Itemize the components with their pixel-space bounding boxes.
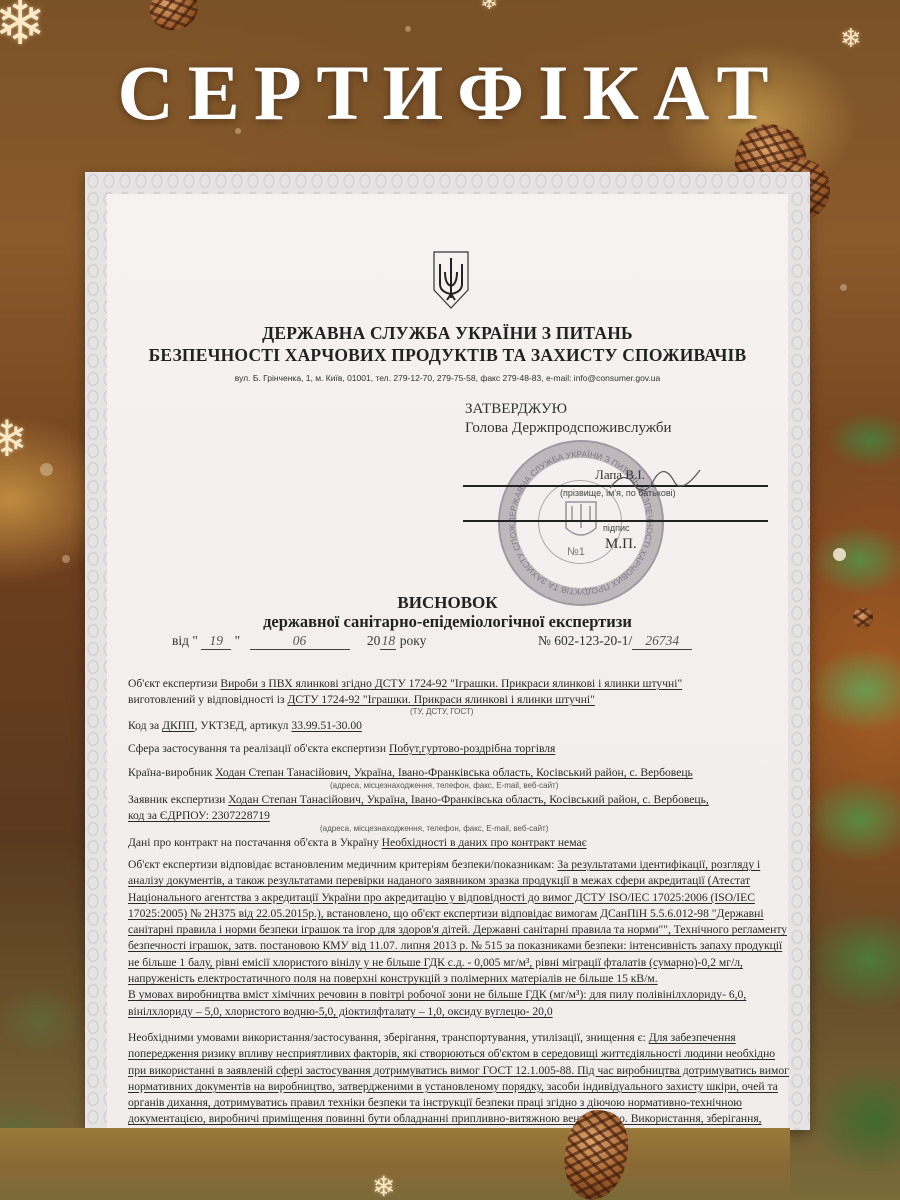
date-month: 06 [250,633,350,650]
country-row: Країна-виробник Ходан Степан Танасійович… [128,765,793,781]
bokeh-dot [40,463,53,476]
bokeh-dot [840,284,847,291]
compliance-text: За результатами ідентифікації, розгляду … [128,858,787,985]
agency-address: вул. Б. Грінченка, 1, м. Київ, 01001, те… [85,373,810,383]
country-caption: (адреса, місцезнаходження, телефон, факс… [330,781,558,790]
sphere-label: Сфера застосування та реалізації об'єкта… [128,742,386,755]
year-word: року [400,633,427,648]
contract-row: Дані про контракт на постачання об'єкта … [128,835,793,851]
applicant-caption: (адреса, місцезнаходження, телефон, факс… [320,824,548,833]
snowflake-icon: ❄ [0,410,28,468]
bokeh-dot [833,548,846,561]
number-prefix: № 602-123-20-1/ [538,633,632,648]
compliance-label: Об'єкт експертизи відповідає встановлени… [128,858,555,871]
conditions-label: Необхідними умовами використання/застосу… [128,1031,646,1044]
applicant-code: код за ЄДРПОУ: 2307228719 [128,809,270,822]
applicant-value: Ходан Степан Танасійович, Україна, Івано… [228,793,709,806]
page-title: СЕРТИФІКАТ [0,48,900,138]
production-limits: В умовах виробництва вміст хімічних речо… [128,988,746,1017]
signature-line [463,520,768,522]
applicant-row: Заявник експертизи Ходан Степан Танасійо… [128,792,793,825]
conditions-section: Необхідними умовами використання/застосу… [128,1030,793,1144]
date-day: 19 [201,633,231,650]
object-row: Об'єкт експертизи Вироби з ПВХ ялинкові … [128,676,793,692]
document-subheading: державної санітарно-епідеміологічної екс… [85,612,810,632]
snowflake-icon: ❄ [372,1170,395,1200]
country-value: Ходан Степан Танасійович, Україна, Івано… [215,766,693,779]
code-label: Код за [128,719,159,732]
number-handwritten: 26734 [632,633,692,650]
handwritten-signature [605,458,705,498]
made-caption: (ТУ, ДСТУ, ГОСТ) [410,707,473,716]
code-rest: , УКТЗЕД, артикул [194,719,288,732]
stamp-number: №1 [567,546,585,558]
approval-label: ЗАТВЕРДЖУЮ [465,401,567,418]
object-value: Вироби з ПВХ ялинкові згідно ДСТУ 1724-9… [220,677,682,690]
code-value: 33.99.51-30.00 [291,719,362,732]
made-row: виготовлений у відповідності із ДСТУ 172… [128,692,793,708]
document-number: № 602-123-20-1/26734 [538,633,692,650]
made-label: виготовлений у відповідності із [128,693,285,706]
conditions-text: Для забезпечення попередження ризику впл… [128,1031,789,1142]
snowflake-icon: ❄ [480,0,498,15]
year-prefix: 20 [367,633,381,648]
seal-label: М.П. [605,536,637,553]
code-dkpp: ДКПП [162,719,194,732]
made-value: ДСТУ 1724-92 "Іграшки. Прикраси ялинкові… [287,693,594,706]
sphere-row: Сфера застосування та реалізації об'єкта… [128,741,793,757]
contract-value: Необхідності в даних про контракт немає [382,836,587,849]
contract-label: Дані про контракт на постачання об'єкта … [128,836,379,849]
date-year: 18 [380,633,396,650]
bokeh-dot [405,26,411,32]
compliance-section: Об'єкт експертизи відповідає встановлени… [128,857,793,1020]
ukraine-trident-icon [432,250,470,310]
date-prefix: від [172,633,189,648]
document-heading: ВИСНОВОК [85,593,810,613]
issue-date: від " 19 " 06 2018 року [172,633,426,650]
sphere-value: Побут,гуртово-роздрібна торгівля [389,742,555,755]
pinecone-icon [853,608,873,628]
signature-caption: підпис [603,523,630,533]
country-label: Країна-виробник [128,766,212,779]
bokeh-dot [62,555,70,563]
approval-position: Голова Держпродспоживслужби [465,420,672,437]
applicant-label: Заявник експертизи [128,793,225,806]
object-label: Об'єкт експертизи [128,677,217,690]
code-row: Код за ДКПП, УКТЗЕД, артикул 33.99.51-30… [128,718,793,734]
pinecone-icon [145,0,202,35]
agency-name-line2: БЕЗПЕЧНОСТІ ХАРЧОВИХ ПРОДУКТІВ ТА ЗАХИСТ… [85,345,810,366]
agency-name-line1: ДЕРЖАВНА СЛУЖБА УКРАЇНИ З ПИТАНЬ [85,323,810,344]
